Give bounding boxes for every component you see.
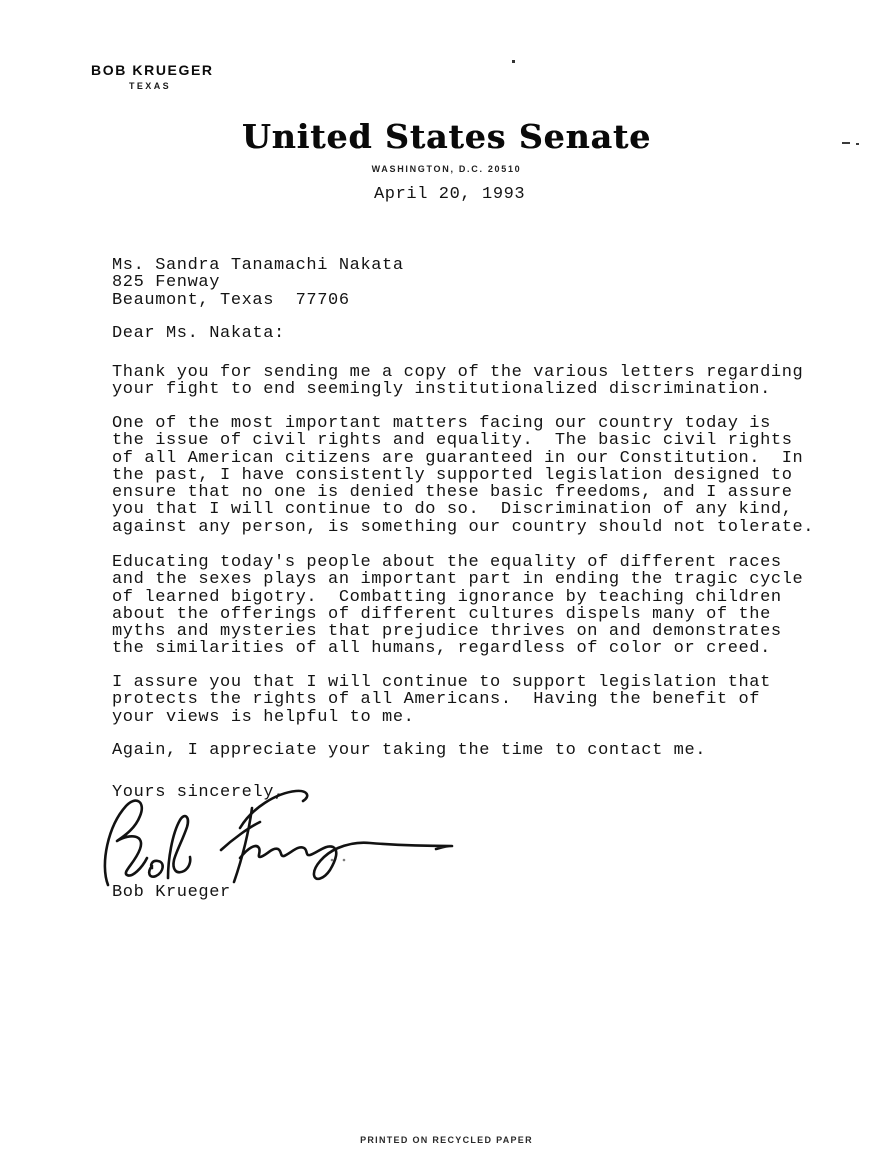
letter-page: BOB KRUEGER TEXAS United States Senate W… <box>0 0 893 1155</box>
body-paragraph-5: Again, I appreciate your taking the time… <box>112 742 706 759</box>
scan-artifact-dot <box>512 60 515 63</box>
date-line: April 20, 1993 <box>374 186 525 203</box>
body-paragraph-2: One of the most important matters facing… <box>112 415 814 536</box>
recycled-paper-notice: PRINTED ON RECYCLED PAPER <box>0 1135 893 1145</box>
handwritten-signature <box>100 786 460 890</box>
scan-artifact-dash <box>842 142 850 144</box>
signature-stroke-rueger <box>240 843 452 879</box>
typed-signature-name: Bob Krueger <box>112 884 231 901</box>
scan-artifact-dash-dot <box>856 143 859 145</box>
signature-stroke-bob <box>105 801 147 885</box>
letterhead-title: United States Senate <box>0 117 893 156</box>
signature-stroke-k-stem <box>234 808 252 882</box>
letterhead-address: WASHINGTON, D.C. 20510 <box>0 164 893 174</box>
signature-ink-dot <box>331 859 334 862</box>
signature-stroke-b <box>168 816 190 878</box>
sender-name: BOB KRUEGER <box>91 62 214 78</box>
signature-ink-dot <box>343 859 346 862</box>
body-paragraph-3: Educating today's people about the equal… <box>112 554 803 658</box>
body-paragraph-4: I assure you that I will continue to sup… <box>112 674 771 726</box>
signature-stroke-o <box>149 861 162 877</box>
recipient-address: Ms. Sandra Tanamachi Nakata 825 Fenway B… <box>112 257 404 309</box>
body-paragraph-1: Thank you for sending me a copy of the v… <box>112 364 803 399</box>
sender-state: TEXAS <box>129 81 171 91</box>
salutation: Dear Ms. Nakata: <box>112 325 285 342</box>
